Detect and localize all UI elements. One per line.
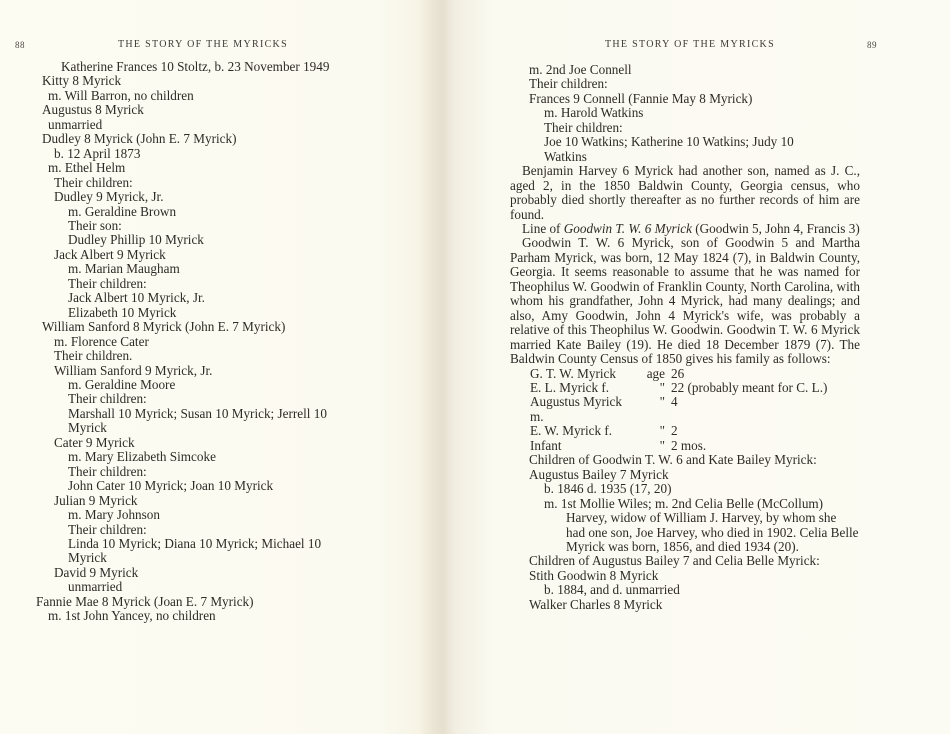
text-line: Katherine Frances 10 Stoltz, b. 23 Novem… xyxy=(42,60,402,74)
text-line: John Cater 10 Myrick; Joan 10 Myrick xyxy=(42,479,402,493)
text-line: Their children: xyxy=(42,392,402,406)
census-name: E. L. Myrick f. xyxy=(510,381,635,395)
text-line: Their children: xyxy=(42,277,402,291)
census-name: G. T. W. Myrick xyxy=(510,367,635,381)
text-line: Their children. xyxy=(42,349,402,363)
text-line: m. Harold Watkins xyxy=(510,106,860,120)
text-line: unmarried xyxy=(42,118,402,132)
paragraph: Benjamin Harvey 6 Myrick had another son… xyxy=(510,164,860,222)
census-table: G. T. W. Myrick age 26 E. L. Myrick f. "… xyxy=(510,367,860,454)
text-line: Stith Goodwin 8 Myrick xyxy=(510,569,860,583)
text-line: Myrick was born, 1856, and died 1934 (20… xyxy=(510,540,860,554)
text-line: m. Florence Cater xyxy=(42,335,402,349)
census-name: E. W. Myrick f. xyxy=(510,424,635,438)
page-text: Katherine Frances 10 Stoltz, b. 23 Novem… xyxy=(42,60,402,624)
text-line: Myrick xyxy=(42,551,402,565)
text-line: b. 12 April 1873 xyxy=(42,147,402,161)
census-age: 4 xyxy=(671,395,678,424)
text-line: m. Ethel Helm xyxy=(42,161,402,175)
text-line: Dudley Phillip 10 Myrick xyxy=(42,233,402,247)
text-line: Their children: xyxy=(42,523,402,537)
text-line: unmarried xyxy=(42,580,402,594)
text-line: Walker Charles 8 Myrick xyxy=(510,598,860,612)
census-name: Infant xyxy=(510,439,635,453)
text-line: Fannie Mae 8 Myrick (Joan E. 7 Myrick) xyxy=(36,595,402,609)
text-line: William Sanford 9 Myrick, Jr. xyxy=(42,364,402,378)
text-line: Jack Albert 10 Myrick, Jr. xyxy=(42,291,402,305)
census-row: Infant " 2 mos. xyxy=(510,439,860,453)
text-line: m. Mary Elizabeth Simcoke xyxy=(42,450,402,464)
census-ditto: " xyxy=(635,381,671,395)
text-line: Kitty 8 Myrick xyxy=(42,74,402,88)
text-line: Julian 9 Myrick xyxy=(42,494,402,508)
text-line: Joe 10 Watkins; Katherine 10 Watkins; Ju… xyxy=(510,135,860,149)
census-ditto: " xyxy=(635,424,671,438)
page-text: m. 2nd Joe Connell Their children: Franc… xyxy=(510,63,860,612)
census-row: G. T. W. Myrick age 26 xyxy=(510,367,860,381)
census-age: 2 xyxy=(671,424,678,438)
text-line: Elizabeth 10 Myrick xyxy=(42,306,402,320)
census-row: E. W. Myrick f. " 2 xyxy=(510,424,860,438)
census-ditto: " xyxy=(635,439,671,453)
section-heading: Line of Goodwin T. W. 6 Myrick (Goodwin … xyxy=(510,222,860,236)
left-page: 88 THE STORY OF THE MYRICKS Katherine Fr… xyxy=(0,0,445,734)
text-line: Their children: xyxy=(510,77,860,91)
text-line: Myrick xyxy=(42,421,402,435)
heading-suffix: (Goodwin 5, John 4, Francis 3) xyxy=(692,221,860,236)
text-line: Harvey, widow of William J. Harvey, by w… xyxy=(510,511,860,525)
text-line: Their children: xyxy=(510,121,860,135)
text-line: Children of Augustus Bailey 7 and Celia … xyxy=(510,554,860,568)
text-line: Their children: xyxy=(42,176,402,190)
text-line: Augustus 8 Myrick xyxy=(42,103,402,117)
text-line: Frances 9 Connell (Fannie May 8 Myrick) xyxy=(510,92,860,106)
text-line: m. Geraldine Brown xyxy=(42,205,402,219)
census-ditto: age xyxy=(635,367,671,381)
heading-prefix: Line of xyxy=(522,221,564,236)
text-line: b. 1846 d. 1935 (17, 20) xyxy=(510,482,860,496)
running-head: THE STORY OF THE MYRICKS xyxy=(605,39,775,50)
text-line: m. 2nd Joe Connell xyxy=(510,63,860,77)
text-line: b. 1884, and d. unmarried xyxy=(510,583,860,597)
heading-italic: Goodwin T. W. 6 Myrick xyxy=(564,221,692,236)
page-number: 88 xyxy=(15,40,25,50)
census-age: 26 xyxy=(671,367,684,381)
text-line: Linda 10 Myrick; Diana 10 Myrick; Michae… xyxy=(42,537,402,551)
census-name: Augustus Myrick m. xyxy=(510,395,635,424)
text-line: Their children: xyxy=(42,465,402,479)
text-line: Dudley 8 Myrick (John E. 7 Myrick) xyxy=(42,132,402,146)
census-age: 2 mos. xyxy=(671,439,706,453)
paragraph: Goodwin T. W. 6 Myrick, son of Goodwin 5… xyxy=(510,236,860,366)
text-line: William Sanford 8 Myrick (John E. 7 Myri… xyxy=(42,320,402,334)
text-line: m. Mary Johnson xyxy=(42,508,402,522)
running-head: THE STORY OF THE MYRICKS xyxy=(118,39,288,50)
text-line: m. 1st John Yancey, no children xyxy=(42,609,402,623)
text-line: m. Will Barron, no children xyxy=(42,89,402,103)
text-line: had one son, Joe Harvey, who died in 190… xyxy=(510,526,860,540)
right-page: THE STORY OF THE MYRICKS 89 m. 2nd Joe C… xyxy=(445,0,950,734)
text-line: Dudley 9 Myrick, Jr. xyxy=(42,190,402,204)
page-number: 89 xyxy=(867,40,877,50)
text-line: m. Marian Maugham xyxy=(42,262,402,276)
census-note: (probably meant for C. L.) xyxy=(687,381,827,395)
text-line: Marshall 10 Myrick; Susan 10 Myrick; Jer… xyxy=(42,407,402,421)
text-line: m. Geraldine Moore xyxy=(42,378,402,392)
census-row: E. L. Myrick f. " 22 (probably meant for… xyxy=(510,381,860,395)
census-row: Augustus Myrick m. " 4 xyxy=(510,395,860,424)
text-line: Augustus Bailey 7 Myrick xyxy=(510,468,860,482)
text-line: Watkins xyxy=(510,150,860,164)
census-age: 22 xyxy=(671,381,684,395)
text-line: Their son: xyxy=(42,219,402,233)
text-line: Cater 9 Myrick xyxy=(42,436,402,450)
census-ditto: " xyxy=(635,395,671,424)
text-line: Jack Albert 9 Myrick xyxy=(42,248,402,262)
text-line: David 9 Myrick xyxy=(42,566,402,580)
text-line: Children of Goodwin T. W. 6 and Kate Bai… xyxy=(510,453,860,467)
text-line: m. 1st Mollie Wiles; m. 2nd Celia Belle … xyxy=(510,497,860,511)
book-spread: 88 THE STORY OF THE MYRICKS Katherine Fr… xyxy=(0,0,950,734)
